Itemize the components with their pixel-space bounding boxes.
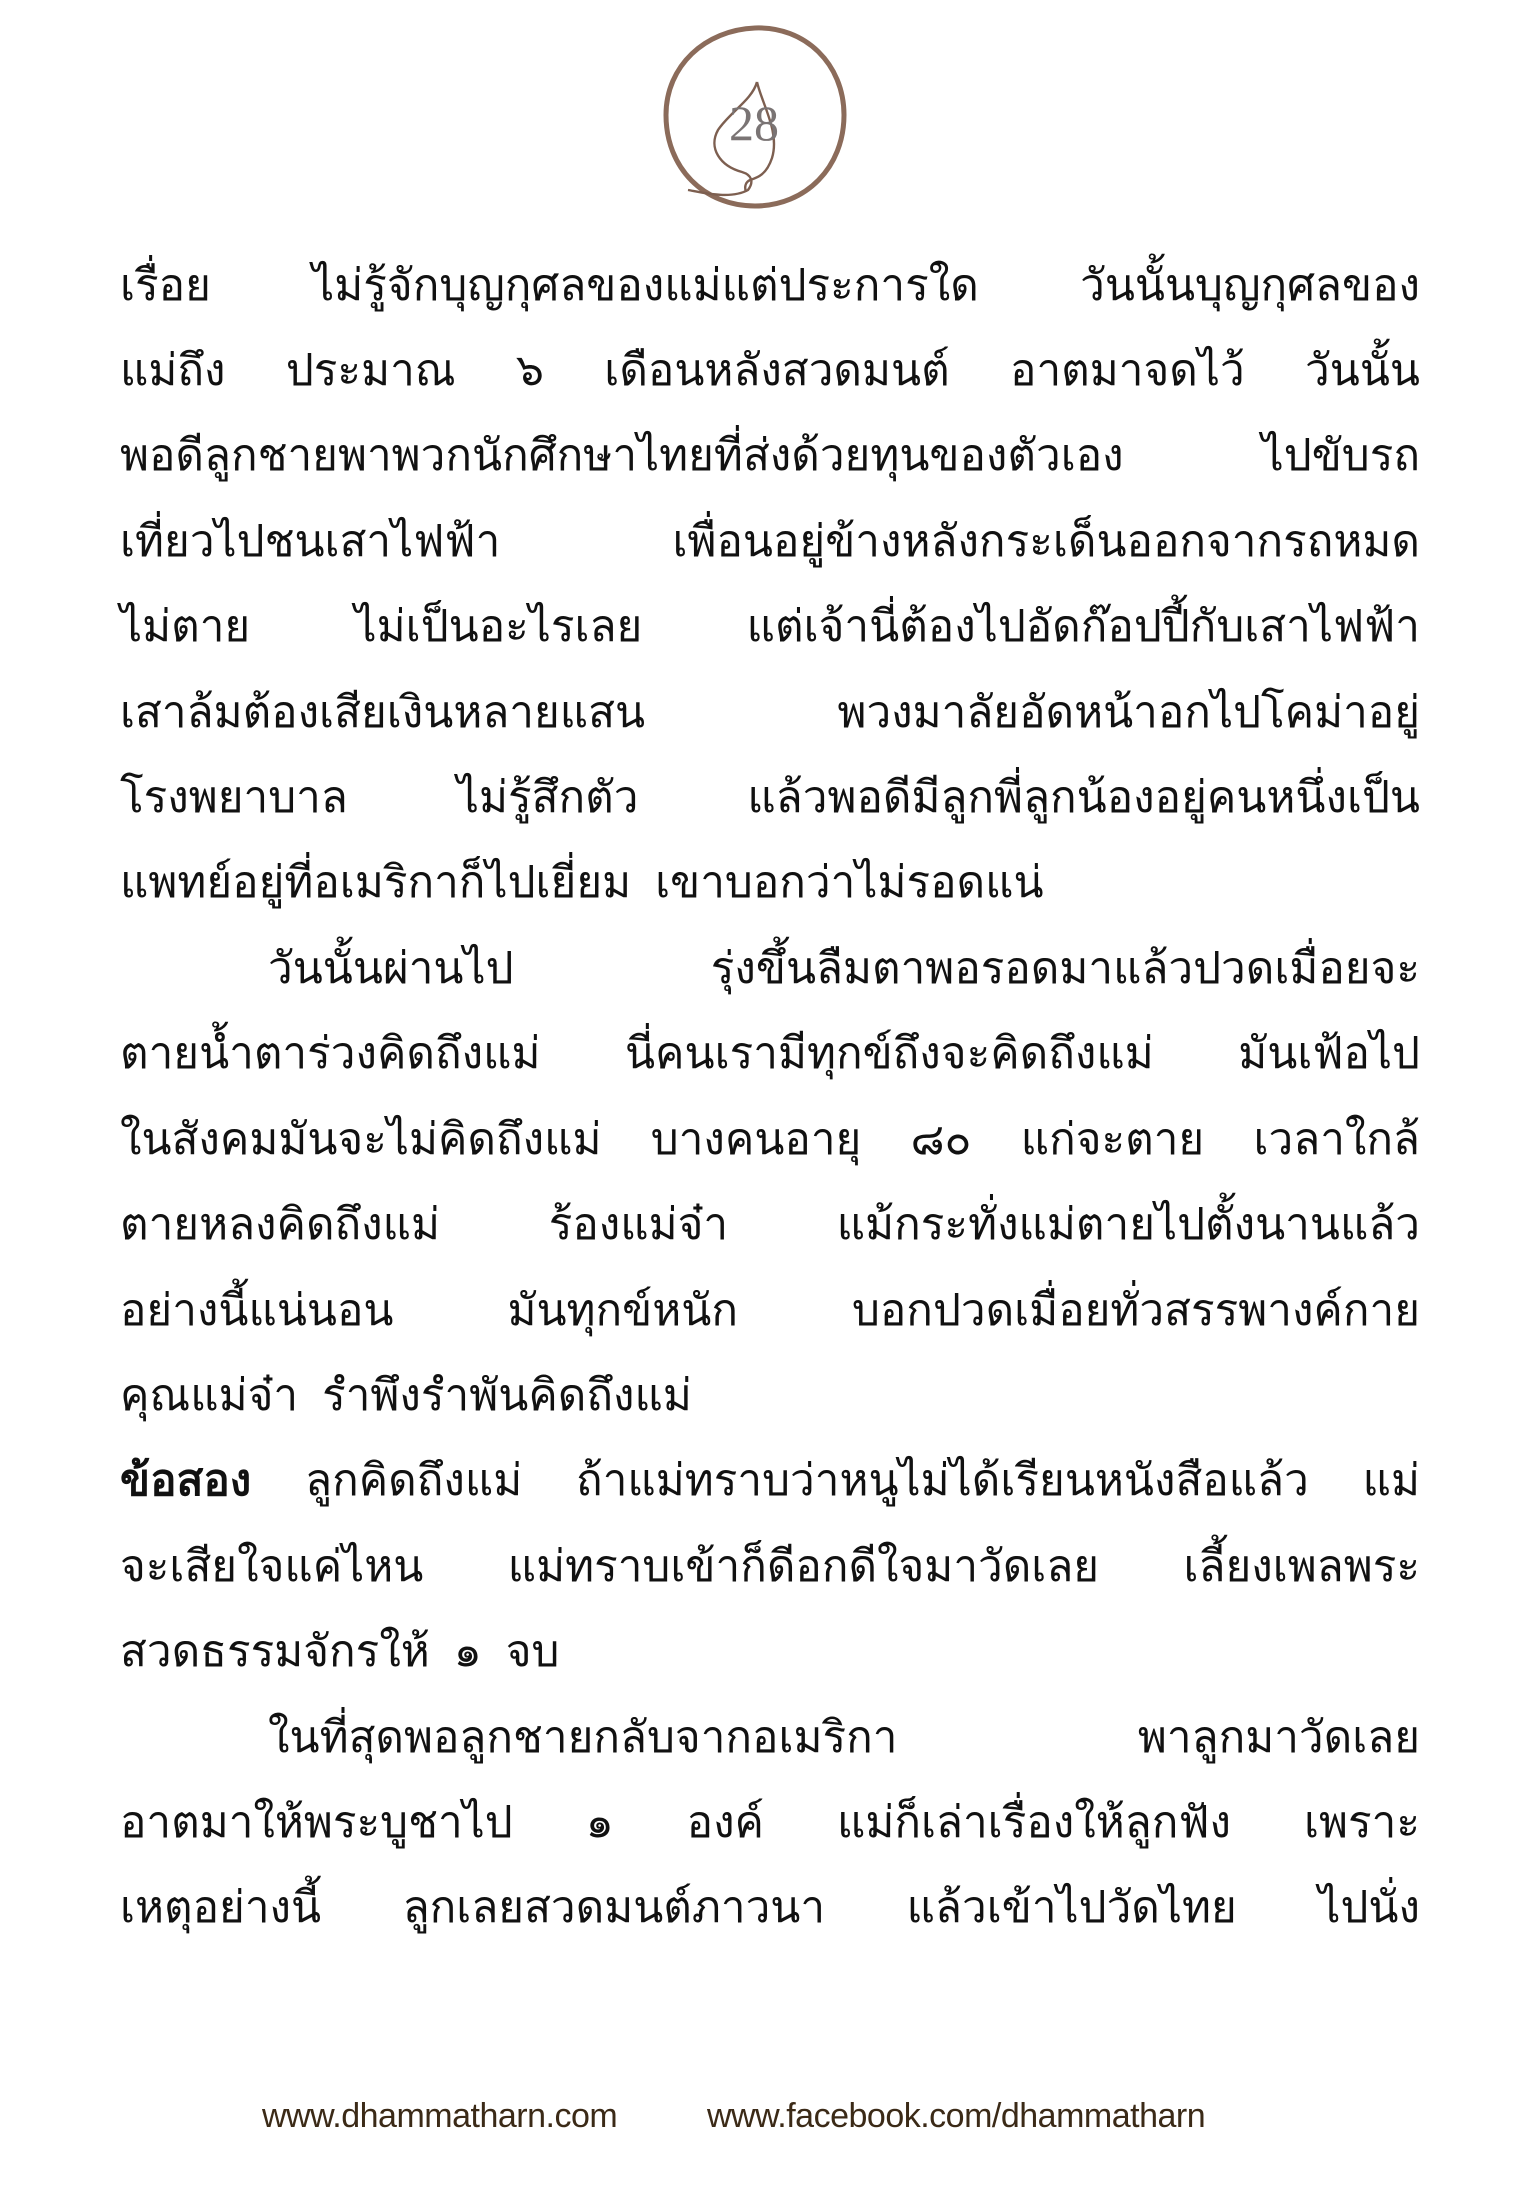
section-text: ลูกคิดถึงแม่ ถ้าแม่ทราบว่าหนูไม่ได้เรียน… [251,1455,1420,1506]
text-line: อย่างนี้แน่นอน มันทุกข์หนัก บอกปวดเมื่อย… [120,1268,1420,1353]
text-line: แม่ถึง ประมาณ ๖ เดือนหลังสวดมนต์ อาตมาจด… [120,328,1420,413]
text-line: เสาล้มต้องเสียเงินหลายแสน พวงมาลัยอัดหน้… [120,670,1420,755]
text-line: โรงพยาบาล ไม่รู้สึกตัว แล้วพอดีมีลูกพี่ล… [120,755,1420,840]
text-line: เรื่อย ไม่รู้จักบุญกุศลของแม่แต่ประการใด… [120,243,1420,328]
text-line: เหตุอย่างนี้ ลูกเลยสวดมนต์ภาวนา แล้วเข้า… [120,1865,1420,1950]
text-line: จะเสียใจแค่ไหน แม่ทราบเข้าก็ดีอกดีใจมาวั… [120,1524,1420,1609]
page-number: 28 [704,98,804,148]
text-line: สวดธรรมจักรให้ ๑ จบ [120,1609,1420,1694]
text-line: ตายหลงคิดถึงแม่ ร้องแม่จ๋า แม้กระทั่งแม่… [120,1182,1420,1267]
document-page: 28 เรื่อย ไม่รู้จักบุญกุศลของแม่แต่ประกา… [0,0,1535,2185]
text-line-paragraph-start: วันนั้นผ่านไป รุ่งขึ้นลืมตาพอรอดมาแล้วปว… [120,926,1420,1011]
text-line: ไม่ตาย ไม่เป็นอะไรเลย แต่เจ้านี่ต้องไปอั… [120,584,1420,669]
text-line: อาตมาให้พระบูชาไป ๑ องค์ แม่ก็เล่าเรื่อง… [120,1780,1420,1865]
text-line: พอดีลูกชายพาพวกนักศึกษาไทยที่ส่งด้วยทุนข… [120,413,1420,498]
text-line: แพทย์อยู่ที่อเมริกาก็ไปเยี่ยม เขาบอกว่าไ… [120,840,1420,925]
footer: www.dhammatharn.com www.facebook.com/dha… [0,2094,1535,2138]
text-line: เที่ยวไปชนเสาไฟฟ้า เพื่อนอยู่ข้างหลังกระ… [120,499,1420,584]
section-label: ข้อสอง [120,1455,251,1506]
facebook-link[interactable]: www.facebook.com/dhammatharn [707,2094,1205,2138]
text-line-paragraph-start: ในที่สุดพอลูกชายกลับจากอเมริกา พาลูกมาวั… [120,1695,1420,1780]
website-link[interactable]: www.dhammatharn.com [262,2094,617,2138]
text-line: คุณแม่จ๋า รำพึงรำพันคิดถึงแม่ [120,1353,1420,1438]
text-line-heading: ข้อสอง ลูกคิดถึงแม่ ถ้าแม่ทราบว่าหนูไม่ไ… [120,1438,1420,1523]
text-line: ตายน้ำตาร่วงคิดถึงแม่ นี่คนเรามีทุกข์ถึง… [120,1011,1420,1096]
text-line: ในสังคมมันจะไม่คิดถึงแม่ บางคนอายุ ๘๐ แก… [120,1097,1420,1182]
